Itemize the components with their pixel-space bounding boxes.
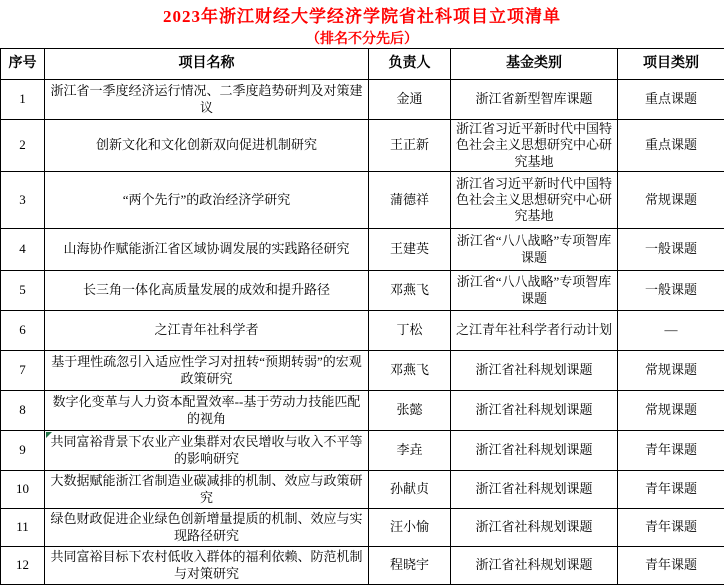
table-row: 2 创新文化和文化创新双向促进机制研究 王正新 浙江省习近平新时代中国特色社会主… — [1, 120, 724, 172]
document-page: 2023年浙江财经大学经济学院省社科项目立项清单 （排名不分先后） 序号 项目名… — [0, 0, 724, 586]
fund-category-cell: 浙江省“八八战略”专项智库课题 — [451, 271, 618, 311]
table-row: 4 山海协作赋能浙江省区域协调发展的实践路径研究 王建英 浙江省“八八战略”专项… — [1, 229, 724, 271]
project-list-table: 序号 项目名称 负责人 基金类别 项目类别 1 浙江省一季度经济运行情况、二季度… — [0, 48, 724, 585]
project-category-cell: 青年课题 — [618, 431, 724, 471]
project-category-cell: 青年课题 — [618, 547, 724, 585]
fund-category-cell: 浙江省社科规划课题 — [451, 547, 618, 585]
row-number-cell: 8 — [1, 391, 45, 431]
leader-cell: 汪小愉 — [369, 509, 451, 547]
project-category-cell: 一般课题 — [618, 229, 724, 271]
row-number-cell: 10 — [1, 471, 45, 509]
row-number-cell: 7 — [1, 351, 45, 391]
col-header-number: 序号 — [1, 49, 45, 80]
leader-cell: 丁松 — [369, 311, 451, 351]
project-name-cell: 之江青年社科学者 — [45, 311, 369, 351]
fund-category-cell: 浙江省社科规划课题 — [451, 431, 618, 471]
page-title: 2023年浙江财经大学经济学院省社科项目立项清单 — [0, 0, 724, 28]
fund-category-cell: 浙江省社科规划课题 — [451, 471, 618, 509]
project-name-cell: 数字化变革与人力资本配置效率--基于劳动力技能匹配的视角 — [45, 391, 369, 431]
table-header-row: 序号 项目名称 负责人 基金类别 项目类别 — [1, 49, 724, 80]
leader-cell: 邓燕飞 — [369, 351, 451, 391]
table-row: 5 长三角一体化高质量发展的成效和提升路径 邓燕飞 浙江省“八八战略”专项智库课… — [1, 271, 724, 311]
row-number-cell: 11 — [1, 509, 45, 547]
fund-category-cell: 浙江省社科规划课题 — [451, 509, 618, 547]
leader-cell: 邓燕飞 — [369, 271, 451, 311]
fund-category-cell: 浙江省社科规划课题 — [451, 351, 618, 391]
table-row: 3 “两个先行”的政治经济学研究 蒲德祥 浙江省习近平新时代中国特色社会主义思想… — [1, 172, 724, 229]
table-row: 12 共同富裕目标下农村低收入群体的福利依赖、防范机制与对策研究 程晓宇 浙江省… — [1, 547, 724, 585]
row-number-cell: 2 — [1, 120, 45, 172]
col-header-leader: 负责人 — [369, 49, 451, 80]
project-name-cell: 绿色财政促进企业绿色创新增量提质的机制、效应与实现路径研究 — [45, 509, 369, 547]
col-header-fund: 基金类别 — [451, 49, 618, 80]
row-number-cell: 6 — [1, 311, 45, 351]
col-header-name: 项目名称 — [45, 49, 369, 80]
project-category-cell: 重点课题 — [618, 80, 724, 120]
project-name-cell: 创新文化和文化创新双向促进机制研究 — [45, 120, 369, 172]
leader-cell: 孙献贞 — [369, 471, 451, 509]
leader-cell: 蒲德祥 — [369, 172, 451, 229]
fund-category-cell: 浙江省社科规划课题 — [451, 391, 618, 431]
table-row: 8 数字化变革与人力资本配置效率--基于劳动力技能匹配的视角 张懿 浙江省社科规… — [1, 391, 724, 431]
project-category-cell: — — [618, 311, 724, 351]
project-name-cell: “两个先行”的政治经济学研究 — [45, 172, 369, 229]
project-category-cell: 青年课题 — [618, 471, 724, 509]
leader-cell: 王正新 — [369, 120, 451, 172]
row-number-cell: 3 — [1, 172, 45, 229]
leader-cell: 程晓宇 — [369, 547, 451, 585]
row-number-cell: 1 — [1, 80, 45, 120]
project-category-cell: 常规课题 — [618, 172, 724, 229]
project-category-cell: 常规课题 — [618, 391, 724, 431]
col-header-category: 项目类别 — [618, 49, 724, 80]
leader-cell: 王建英 — [369, 229, 451, 271]
project-name-cell: 山海协作赋能浙江省区域协调发展的实践路径研究 — [45, 229, 369, 271]
project-name-cell: 大数据赋能浙江省制造业碳减排的机制、效应与政策研究 — [45, 471, 369, 509]
row-number-cell: 5 — [1, 271, 45, 311]
leader-cell: 张懿 — [369, 391, 451, 431]
project-name-cell: 浙江省一季度经济运行情况、二季度趋势研判及对策建议 — [45, 80, 369, 120]
leader-cell: 金通 — [369, 80, 451, 120]
project-name-cell: 基于理性疏忽引入适应性学习对扭转“预期转弱”的宏观政策研究 — [45, 351, 369, 391]
fund-category-cell: 浙江省“八八战略”专项智库课题 — [451, 229, 618, 271]
project-name-cell: 共同富裕目标下农村低收入群体的福利依赖、防范机制与对策研究 — [45, 547, 369, 585]
project-category-cell: 重点课题 — [618, 120, 724, 172]
project-name-cell: 共同富裕背景下农业产业集群对农民增收与收入不平等的影响研究 — [45, 431, 369, 471]
project-name-cell: 长三角一体化高质量发展的成效和提升路径 — [45, 271, 369, 311]
excel-error-marker-icon — [46, 432, 52, 438]
table-row: 11 绿色财政促进企业绿色创新增量提质的机制、效应与实现路径研究 汪小愉 浙江省… — [1, 509, 724, 547]
table-row: 6 之江青年社科学者 丁松 之江青年社科学者行动计划 — — [1, 311, 724, 351]
fund-category-cell: 浙江省习近平新时代中国特色社会主义思想研究中心研究基地 — [451, 172, 618, 229]
row-number-cell: 4 — [1, 229, 45, 271]
table-row: 10 大数据赋能浙江省制造业碳减排的机制、效应与政策研究 孙献贞 浙江省社科规划… — [1, 471, 724, 509]
row-number-cell: 9 — [1, 431, 45, 471]
page-subtitle: （排名不分先后） — [0, 28, 724, 48]
project-name-text: 共同富裕背景下农业产业集群对农民增收与收入不平等的影响研究 — [50, 434, 362, 465]
row-number-cell: 12 — [1, 547, 45, 585]
leader-cell: 李垚 — [369, 431, 451, 471]
table-row: 9 共同富裕背景下农业产业集群对农民增收与收入不平等的影响研究 李垚 浙江省社科… — [1, 431, 724, 471]
fund-category-cell: 之江青年社科学者行动计划 — [451, 311, 618, 351]
project-category-cell: 常规课题 — [618, 351, 724, 391]
table-row: 1 浙江省一季度经济运行情况、二季度趋势研判及对策建议 金通 浙江省新型智库课题… — [1, 80, 724, 120]
fund-category-cell: 浙江省新型智库课题 — [451, 80, 618, 120]
table-row: 7 基于理性疏忽引入适应性学习对扭转“预期转弱”的宏观政策研究 邓燕飞 浙江省社… — [1, 351, 724, 391]
fund-category-cell: 浙江省习近平新时代中国特色社会主义思想研究中心研究基地 — [451, 120, 618, 172]
project-category-cell: 一般课题 — [618, 271, 724, 311]
project-category-cell: 青年课题 — [618, 509, 724, 547]
